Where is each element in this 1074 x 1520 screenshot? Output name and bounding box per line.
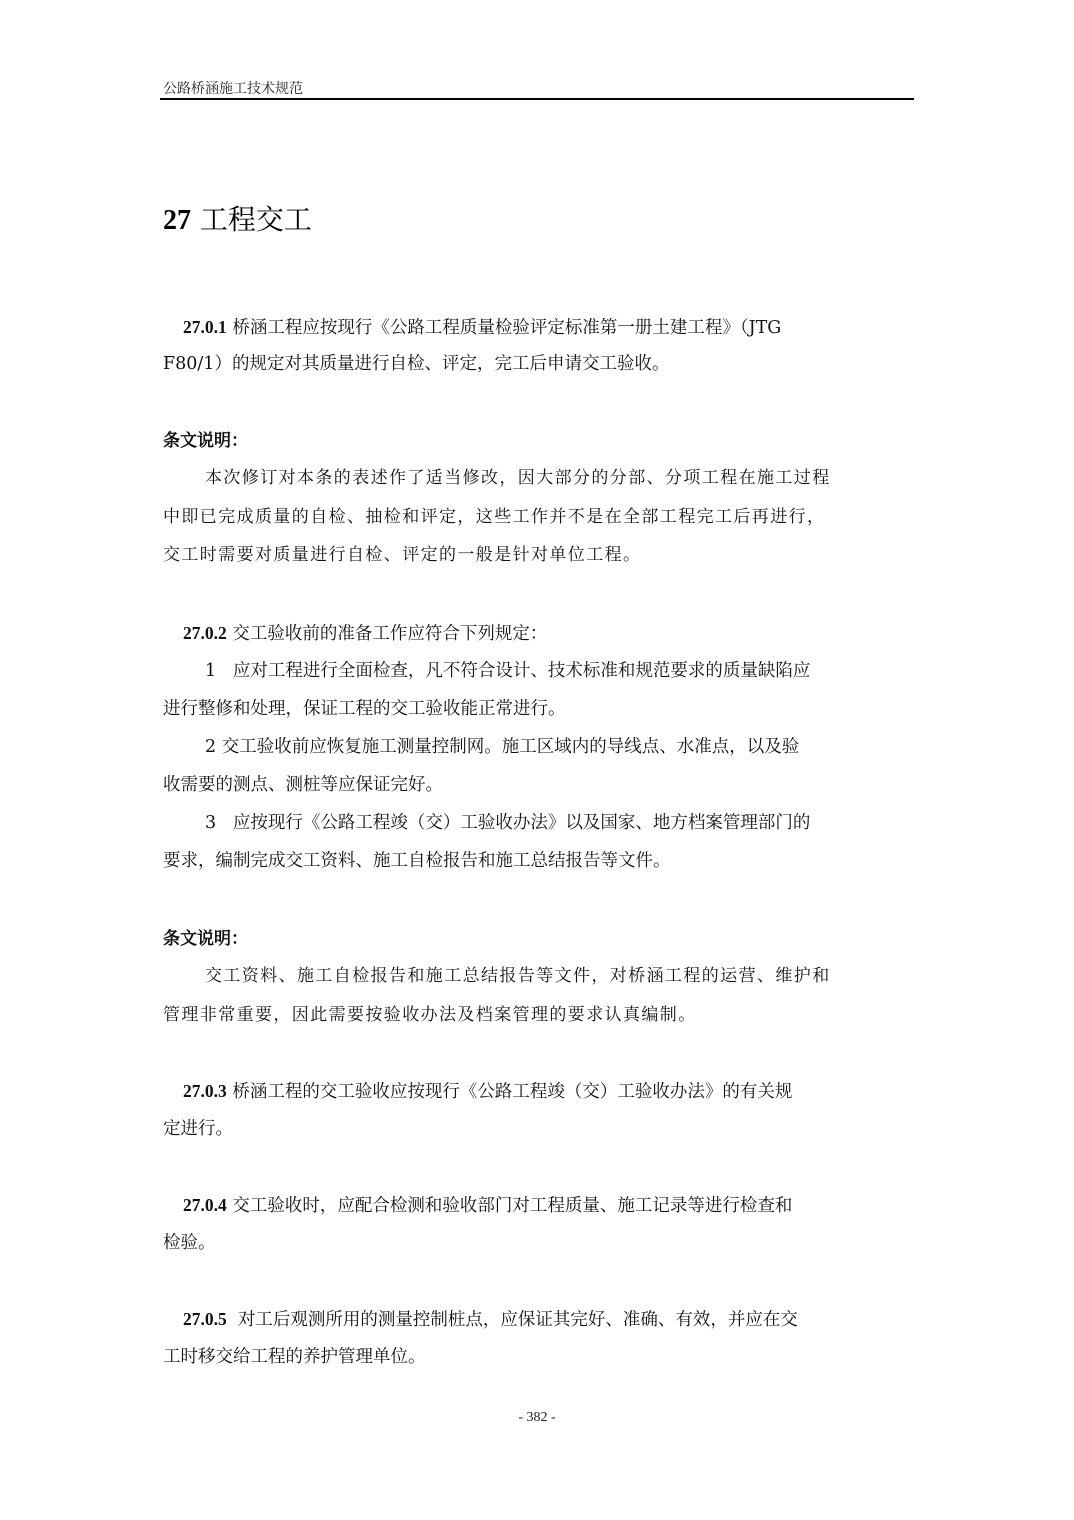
list-item-2-line-2: 收需要的测点、测桩等应保证完好。 [163, 773, 915, 797]
list-item-1-line-1: 1 应对工程进行全面检查，凡不符合设计、技术标准和规范要求的质量缺陷应 [205, 659, 957, 683]
page-number: - 382 - [0, 1410, 1074, 1426]
clause-27-0-5-line-2: 工时移交给工程的养护管理单位。 [163, 1345, 915, 1369]
clause-number: 27.0.2 [183, 623, 227, 643]
list-item-number: 1 [205, 661, 216, 681]
clause-note-line: 管理非常重要，因此需要按验收办法及档案管理的要求认真编制。 [163, 1003, 915, 1027]
clause-note-line: 中即已完成质量的自检、抽检和评定，这些工作并不是在全部工程完工后再进行， [163, 505, 915, 529]
clause-27-0-3-line-2: 定进行。 [163, 1117, 915, 1141]
clause-27-0-1-line-1: 27.0.1 桥涵工程应按现行《公路工程质量检验评定标准第一册土建工程》（JTG [183, 315, 935, 340]
clause-note-heading: 条文说明： [163, 429, 915, 453]
clause-note-line: 交工时需要对质量进行自检、评定的一般是针对单位工程。 [163, 543, 915, 567]
clause-number: 27.0.1 [183, 317, 227, 337]
clause-27-0-4-line-2: 检验。 [163, 1231, 915, 1255]
clause-27-0-2-line-1: 27.0.2 交工验收前的准备工作应符合下列规定： [183, 621, 935, 646]
clause-number: 27.0.5 [183, 1309, 227, 1329]
chapter-name: 工程交工 [200, 203, 312, 236]
list-item-3-line-1: 3 应按现行《公路工程竣（交）工验收办法》以及国家、地方档案管理部门的 [205, 811, 957, 835]
clause-number: 27.0.4 [183, 1195, 227, 1215]
chapter-number: 27 [163, 205, 191, 236]
clause-note-line: 交工资料、施工自检报告和施工总结报告等文件，对桥涵工程的运营、维护和 [205, 964, 957, 988]
list-item-3-line-2: 要求，编制完成交工资料、施工自检报告和施工总结报告等文件。 [163, 849, 915, 873]
clause-27-0-4-line-1: 27.0.4 交工验收时，应配合检测和验收部门对工程质量、施工记录等进行检查和 [183, 1193, 935, 1218]
clause-number: 27.0.3 [183, 1081, 227, 1101]
list-item-number: 3 [205, 813, 216, 833]
clause-27-0-5-line-1: 27.0.5 对工后观测所用的测量控制桩点，应保证其完好、准确、有效，并应在交 [183, 1307, 935, 1332]
clause-note-heading: 条文说明： [163, 927, 915, 951]
chapter-title: 27 工程交工 [163, 198, 312, 238]
header-divider [160, 98, 914, 100]
clause-note-line: 本次修订对本条的表述作了适当修改，因大部分的分部、分项工程在施工过程 [205, 466, 957, 490]
document-page: 公路桥涵施工技术规范 27 工程交工 27.0.1 桥涵工程应按现行《公路工程质… [0, 0, 1074, 1520]
running-header: 公路桥涵施工技术规范 [163, 78, 303, 98]
clause-27-0-3-line-1: 27.0.3 桥涵工程的交工验收应按现行《公路工程竣（交）工验收办法》的有关规 [183, 1079, 935, 1104]
list-item-2-line-1: 2 交工验收前应恢复施工测量控制网。施工区域内的导线点、水准点，以及验 [205, 735, 957, 759]
clause-27-0-1-line-2: F80/1）的规定对其质量进行自检、评定，完工后申请交工验收。 [163, 352, 915, 376]
list-item-1-line-2: 进行整修和处理，保证工程的交工验收能正常进行。 [163, 697, 915, 721]
list-item-number: 2 [205, 737, 216, 757]
